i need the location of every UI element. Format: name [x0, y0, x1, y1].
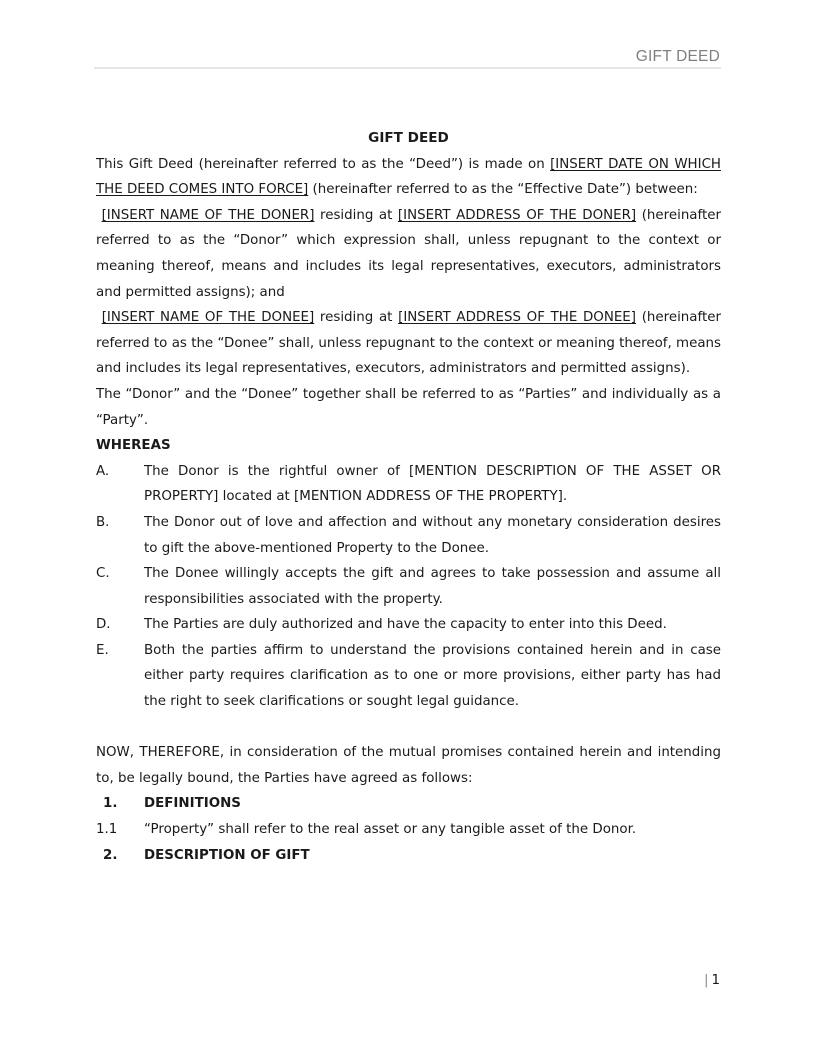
- subclause-text: “Property” shall refer to the real asset…: [144, 817, 636, 843]
- recital-label: D.: [96, 612, 144, 638]
- donor-name-placeholder[interactable]: [INSERT NAME OF THE DONER]: [102, 208, 315, 223]
- clause-title: DEFINITIONS: [144, 791, 241, 817]
- donor-paragraph: [INSERT NAME OF THE DONER] residing at […: [96, 203, 721, 305]
- recital-item: D.The Parties are duly authorized and ha…: [96, 612, 721, 638]
- document-body: GIFT DEED This Gift Deed (hereinafter re…: [96, 126, 721, 868]
- recital-item: B.The Donor out of love and affection an…: [96, 510, 721, 561]
- subclause: 1.1“Property” shall refer to the real as…: [96, 817, 721, 843]
- recital-label: E.: [96, 638, 144, 715]
- recital-label: C.: [96, 561, 144, 612]
- donee-name-placeholder[interactable]: [INSERT NAME OF THE DONEE]: [102, 310, 315, 325]
- subclause-number: 1.1: [96, 817, 144, 843]
- clause-heading: 2.DESCRIPTION OF GIFT: [96, 843, 721, 869]
- intro-paragraph: This Gift Deed (hereinafter referred to …: [96, 152, 721, 203]
- now-therefore-paragraph: NOW, THEREFORE, in consideration of the …: [96, 740, 721, 791]
- footer-separator: |: [704, 973, 709, 988]
- recital-label: A.: [96, 459, 144, 510]
- clause-title: DESCRIPTION OF GIFT: [144, 843, 310, 869]
- clause-heading: 1.DEFINITIONS: [96, 791, 721, 817]
- residing-at-text: residing at: [314, 310, 398, 325]
- whereas-heading: WHEREAS: [96, 433, 721, 459]
- recital-item: C.The Donee willingly accepts the gift a…: [96, 561, 721, 612]
- spacer: [96, 715, 721, 741]
- clause-number: 2.: [96, 843, 144, 869]
- donee-address-placeholder[interactable]: [INSERT ADDRESS OF THE DONEE]: [398, 310, 636, 325]
- recital-text: The Parties are duly authorized and have…: [144, 612, 721, 638]
- recital-text: Both the parties affirm to understand th…: [144, 638, 721, 715]
- parties-paragraph: The “Donor” and the “Donee” together sha…: [96, 382, 721, 433]
- running-header-title: GIFT DEED: [636, 48, 720, 66]
- recital-text: The Donee willingly accepts the gift and…: [144, 561, 721, 612]
- intro-text-end: (hereinafter referred to as the “Effecti…: [308, 182, 698, 197]
- recital-item: E.Both the parties affirm to understand …: [96, 638, 721, 715]
- recital-item: A.The Donor is the rightful owner of [ME…: [96, 459, 721, 510]
- recital-text: The Donor is the rightful owner of [MENT…: [144, 459, 721, 510]
- donee-paragraph: [INSERT NAME OF THE DONEE] residing at […: [96, 305, 721, 382]
- clause-number: 1.: [96, 791, 144, 817]
- residing-at-text: residing at: [314, 208, 397, 223]
- header-divider: [94, 67, 721, 69]
- page-number: 1: [711, 973, 720, 988]
- intro-text: This Gift Deed (hereinafter referred to …: [96, 157, 550, 172]
- document-title: GIFT DEED: [96, 126, 721, 152]
- recital-text: The Donor out of love and affection and …: [144, 510, 721, 561]
- recital-label: B.: [96, 510, 144, 561]
- donor-address-placeholder[interactable]: [INSERT ADDRESS OF THE DONER]: [398, 208, 636, 223]
- page-footer: |1: [704, 973, 720, 988]
